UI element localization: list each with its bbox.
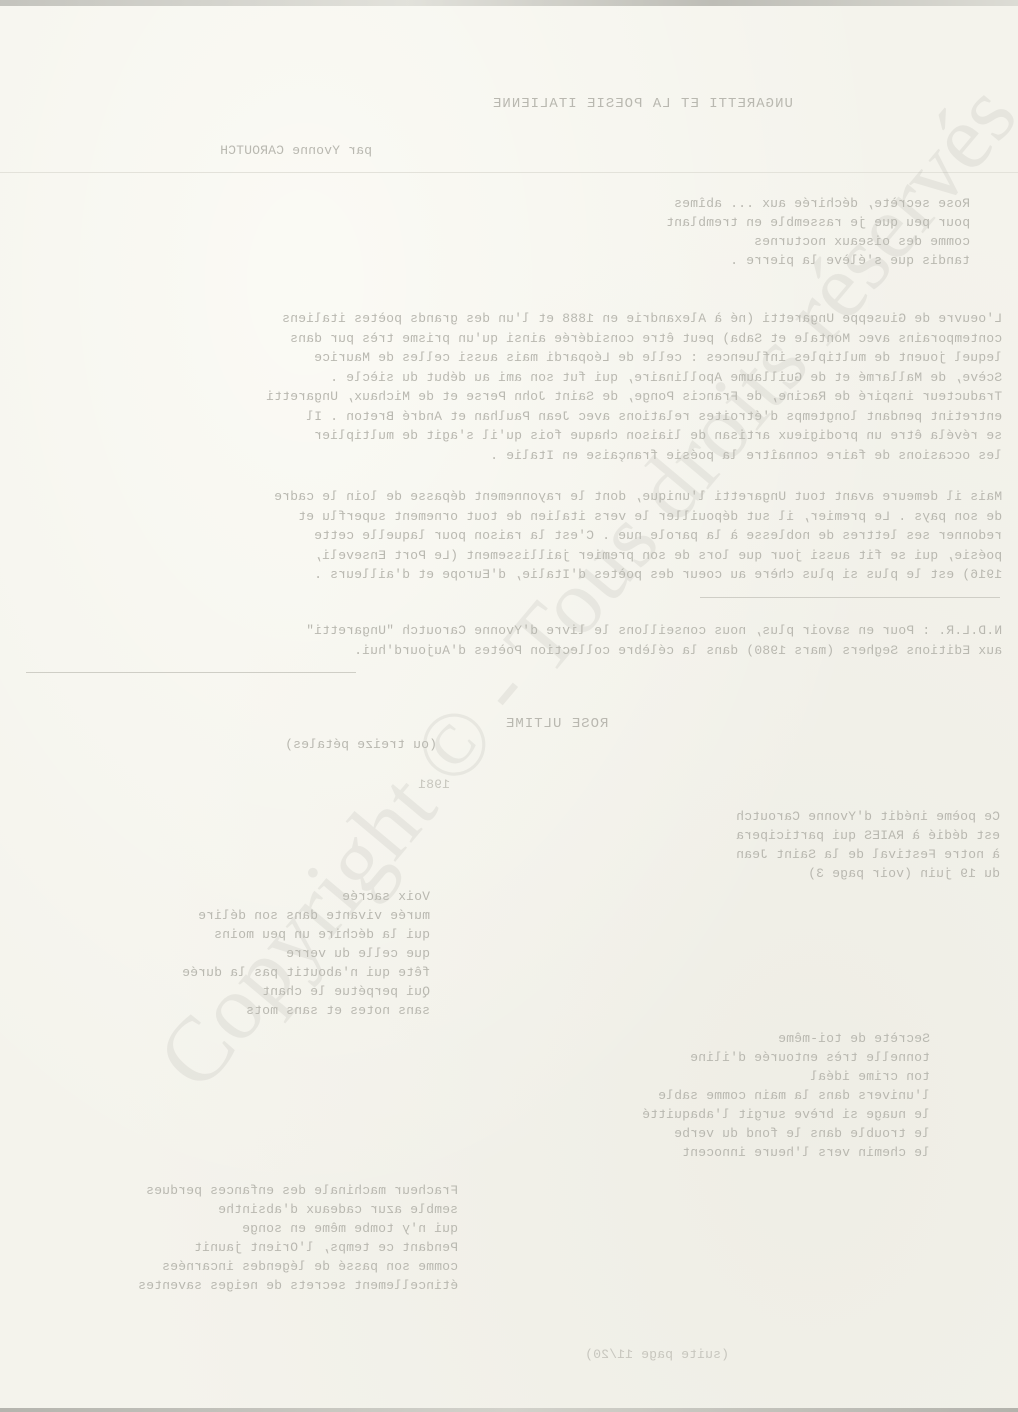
text-line: que celle du verre [286, 945, 430, 963]
text-line: poésie, qui se fit aussi jour que lors d… [314, 547, 1002, 565]
text-line: lequel jouent de multiples influences : … [314, 349, 1002, 367]
text-line: Secrète de toi-même [778, 1030, 930, 1048]
text-line: le trouble dans le fond du verbe [674, 1125, 930, 1143]
text-line: Ce poème inédit d'Yvonne Caroutch [736, 808, 1000, 826]
text-line: murée vivante dans son délire [198, 907, 430, 925]
text-line: qui n'y tombe même en songe [242, 1220, 458, 1238]
poem-title: ROSE ULTIME [505, 716, 608, 734]
poem-marker: 1981 [418, 776, 450, 794]
text-line: est dédié à RAIES qui participera [736, 827, 1000, 845]
text-line: à notre Festival de la Saint Jean [736, 846, 1000, 864]
text-line: contemporains avec Montale et Saba) peut… [290, 330, 1002, 348]
text-line: du 19 juin (voir page 3) [808, 865, 1000, 883]
text-line: ton crime idéal [810, 1068, 930, 1086]
text-line: entretint pendant longtemps d'étroites r… [306, 408, 1002, 426]
author-line: par Yvonne CAROUTCH [220, 142, 372, 160]
text-line: Scève, de Mallarmé et de Guillaume Apoll… [330, 369, 1002, 387]
text-line: le chemin vers l'heure innocent [682, 1144, 930, 1162]
text-line: les occasions de faire connaître la poés… [490, 447, 1002, 465]
text-line: qui la déchire un peu moins [214, 926, 430, 944]
text-line: Voix sacrée [342, 888, 430, 906]
text-line: se révéla être un prodigieux artisan de … [314, 427, 1002, 445]
scanned-page: Copyright © - Tous droits réservés. UNGA… [0, 0, 1018, 1412]
text-line: comme des oiseaux nocturnes [754, 233, 970, 251]
text-line: aux Editions Seghers (mars 1980) dans la… [354, 642, 1002, 660]
text-line: semble azur cadeaux d'absinthe [218, 1201, 458, 1219]
scan-edge-top [0, 0, 1018, 6]
text-line: Fracheur machinale des enfances perdues [146, 1182, 458, 1200]
text-line: N.D.L.R. : Pour en savoir plus, nous con… [306, 622, 1002, 640]
text-line: tandis que s'élève la pierre . [730, 252, 970, 270]
text-line: fête qui n'aboutit pas la durée [182, 964, 430, 982]
text-line: sans notes et sans mots [246, 1002, 430, 1020]
text-line: Rose secrète, déchirée aux ... abîmes [674, 195, 970, 213]
text-line: L'oeuvre de Giuseppe Ungaretti (né à Ale… [282, 310, 1002, 328]
poem-subtitle: (ou treize pétales) [285, 736, 437, 754]
text-line: Mais il demeure avant tout Ungaretti l'u… [274, 488, 1002, 506]
text-line: le nuage si brève surgit l'abaquitté [642, 1106, 930, 1124]
text-line: étincellement secrets de neiges saventes [138, 1277, 458, 1295]
text-line: 1916) est le plus si plus chère au coeur… [314, 566, 1002, 584]
article-heading: UNGARETTI ET LA POESIE ITALIENNE [492, 96, 793, 114]
scan-edge-bottom [0, 1408, 1018, 1412]
text-line: pour peu que je rassemble en tremblant [666, 214, 970, 232]
divider-rule [26, 672, 356, 673]
continuation-note: (suite page 11/20) [585, 1346, 729, 1364]
text-line: de son pays . Le premier, il sut dépouil… [298, 508, 1002, 526]
text-line: l'univers dans la main comme sable [658, 1087, 930, 1105]
divider-rule [700, 597, 1000, 598]
text-line: Qui perpétue le chant [262, 983, 430, 1001]
text-line: comme son passé de légendes incarnées [162, 1258, 458, 1276]
text-line: redonner ses lettres de noblesse à la pa… [314, 527, 1002, 545]
text-line: Pendant ce temps, l'Orient jaunit [194, 1239, 458, 1257]
text-line: Traducteur inspiré de Racine, de Francis… [266, 388, 1002, 406]
text-line: tonnelle très entourée d'iline [690, 1049, 930, 1067]
